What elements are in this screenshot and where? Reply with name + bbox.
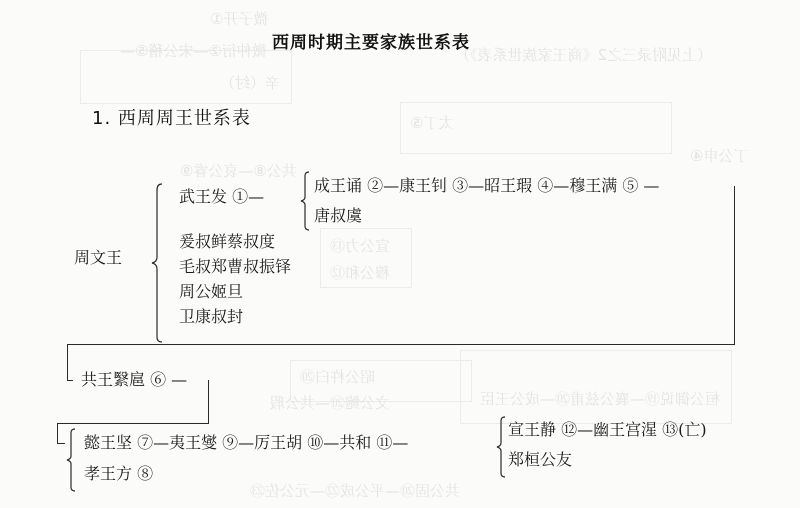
bleed-text: 微子开① xyxy=(210,8,268,29)
bleed-box-3 xyxy=(320,228,412,288)
document-title: 西周时期主要家族世系表 xyxy=(272,28,470,53)
son-zhougong: 周公姬旦 xyxy=(179,282,243,302)
king-line-xuan-to-you: 宣王静 ⑫—幽王宫湦 ⑬(亡) xyxy=(508,420,707,440)
bleed-box-1 xyxy=(80,50,292,104)
bleed-text: （上见附录三之2《商王家族世系表》） xyxy=(455,44,712,65)
bleed-text: 丁公申④ xyxy=(690,145,748,166)
son-kangshu: 卫康叔封 xyxy=(179,307,243,327)
zhenghuan-gong: 郑桓公友 xyxy=(508,450,572,470)
connector-line xyxy=(67,344,68,381)
brace-xuanwang-zhenghuan xyxy=(494,416,506,478)
bleed-text: 共公⑧—哀公睿⑨ xyxy=(180,160,297,181)
bleed-text: 穆公和⑫ xyxy=(330,262,390,283)
bleed-text: 文公鲍⑳—共公瑕 xyxy=(270,392,390,413)
king-gongwang: 共王繄扈 ⑥ — xyxy=(81,370,187,390)
son-maoshu-caoshu: 毛叔郑曹叔振铎 xyxy=(179,257,291,277)
king-line-yi-to-gonghe: 懿王坚 ⑦—夷王燮 ⑨—厉王胡 ⑩—共和 ⑪— xyxy=(84,433,408,453)
king-xiaowang: 孝王方 ⑧ xyxy=(84,464,153,484)
connector-line xyxy=(67,344,735,345)
king-line-cheng-to-mu: 成王诵 ②—康王钊 ③—昭王瑕 ④—穆王满 ⑤ — xyxy=(314,176,659,196)
bleed-text: 昭公杵臼⑳ xyxy=(300,366,375,387)
section-heading: 1. 西周周王世系表 xyxy=(92,104,251,130)
connector-line xyxy=(208,380,209,424)
connector-line xyxy=(734,186,735,345)
connector-line xyxy=(67,380,73,381)
bleed-text: 微仲衍②—宋公稽⑤— xyxy=(120,40,267,61)
bleed-text: 宣公力⑬ xyxy=(330,235,390,256)
bleed-text: 辛（纣） xyxy=(220,72,280,93)
brace-wuwang-sons xyxy=(298,171,310,231)
bleed-box-2 xyxy=(400,102,672,154)
bleed-text: 桓公御说⑲—襄公兹甫⑳—成公王臣 xyxy=(480,388,720,409)
connector-line xyxy=(57,423,209,424)
bleed-text: 太丁⑤ xyxy=(410,112,453,133)
root-ancestor: 周文王 xyxy=(74,248,122,268)
tangshu-yu: 唐叔虞 xyxy=(314,206,362,226)
bleed-box-4 xyxy=(290,360,472,402)
brace-yiwang-xiaowang xyxy=(64,428,76,492)
son-wuwang: 武王发 ①— xyxy=(179,187,264,207)
bleed-text: 共公固⑳—平公成㉒—元公佐㉓ xyxy=(250,480,460,501)
connector-line xyxy=(57,423,58,444)
son-guanshu-caishu: 爰叔鲜蔡叔度 xyxy=(179,232,275,252)
brace-wenwang-sons xyxy=(148,183,164,343)
bleed-box-5 xyxy=(460,350,732,424)
